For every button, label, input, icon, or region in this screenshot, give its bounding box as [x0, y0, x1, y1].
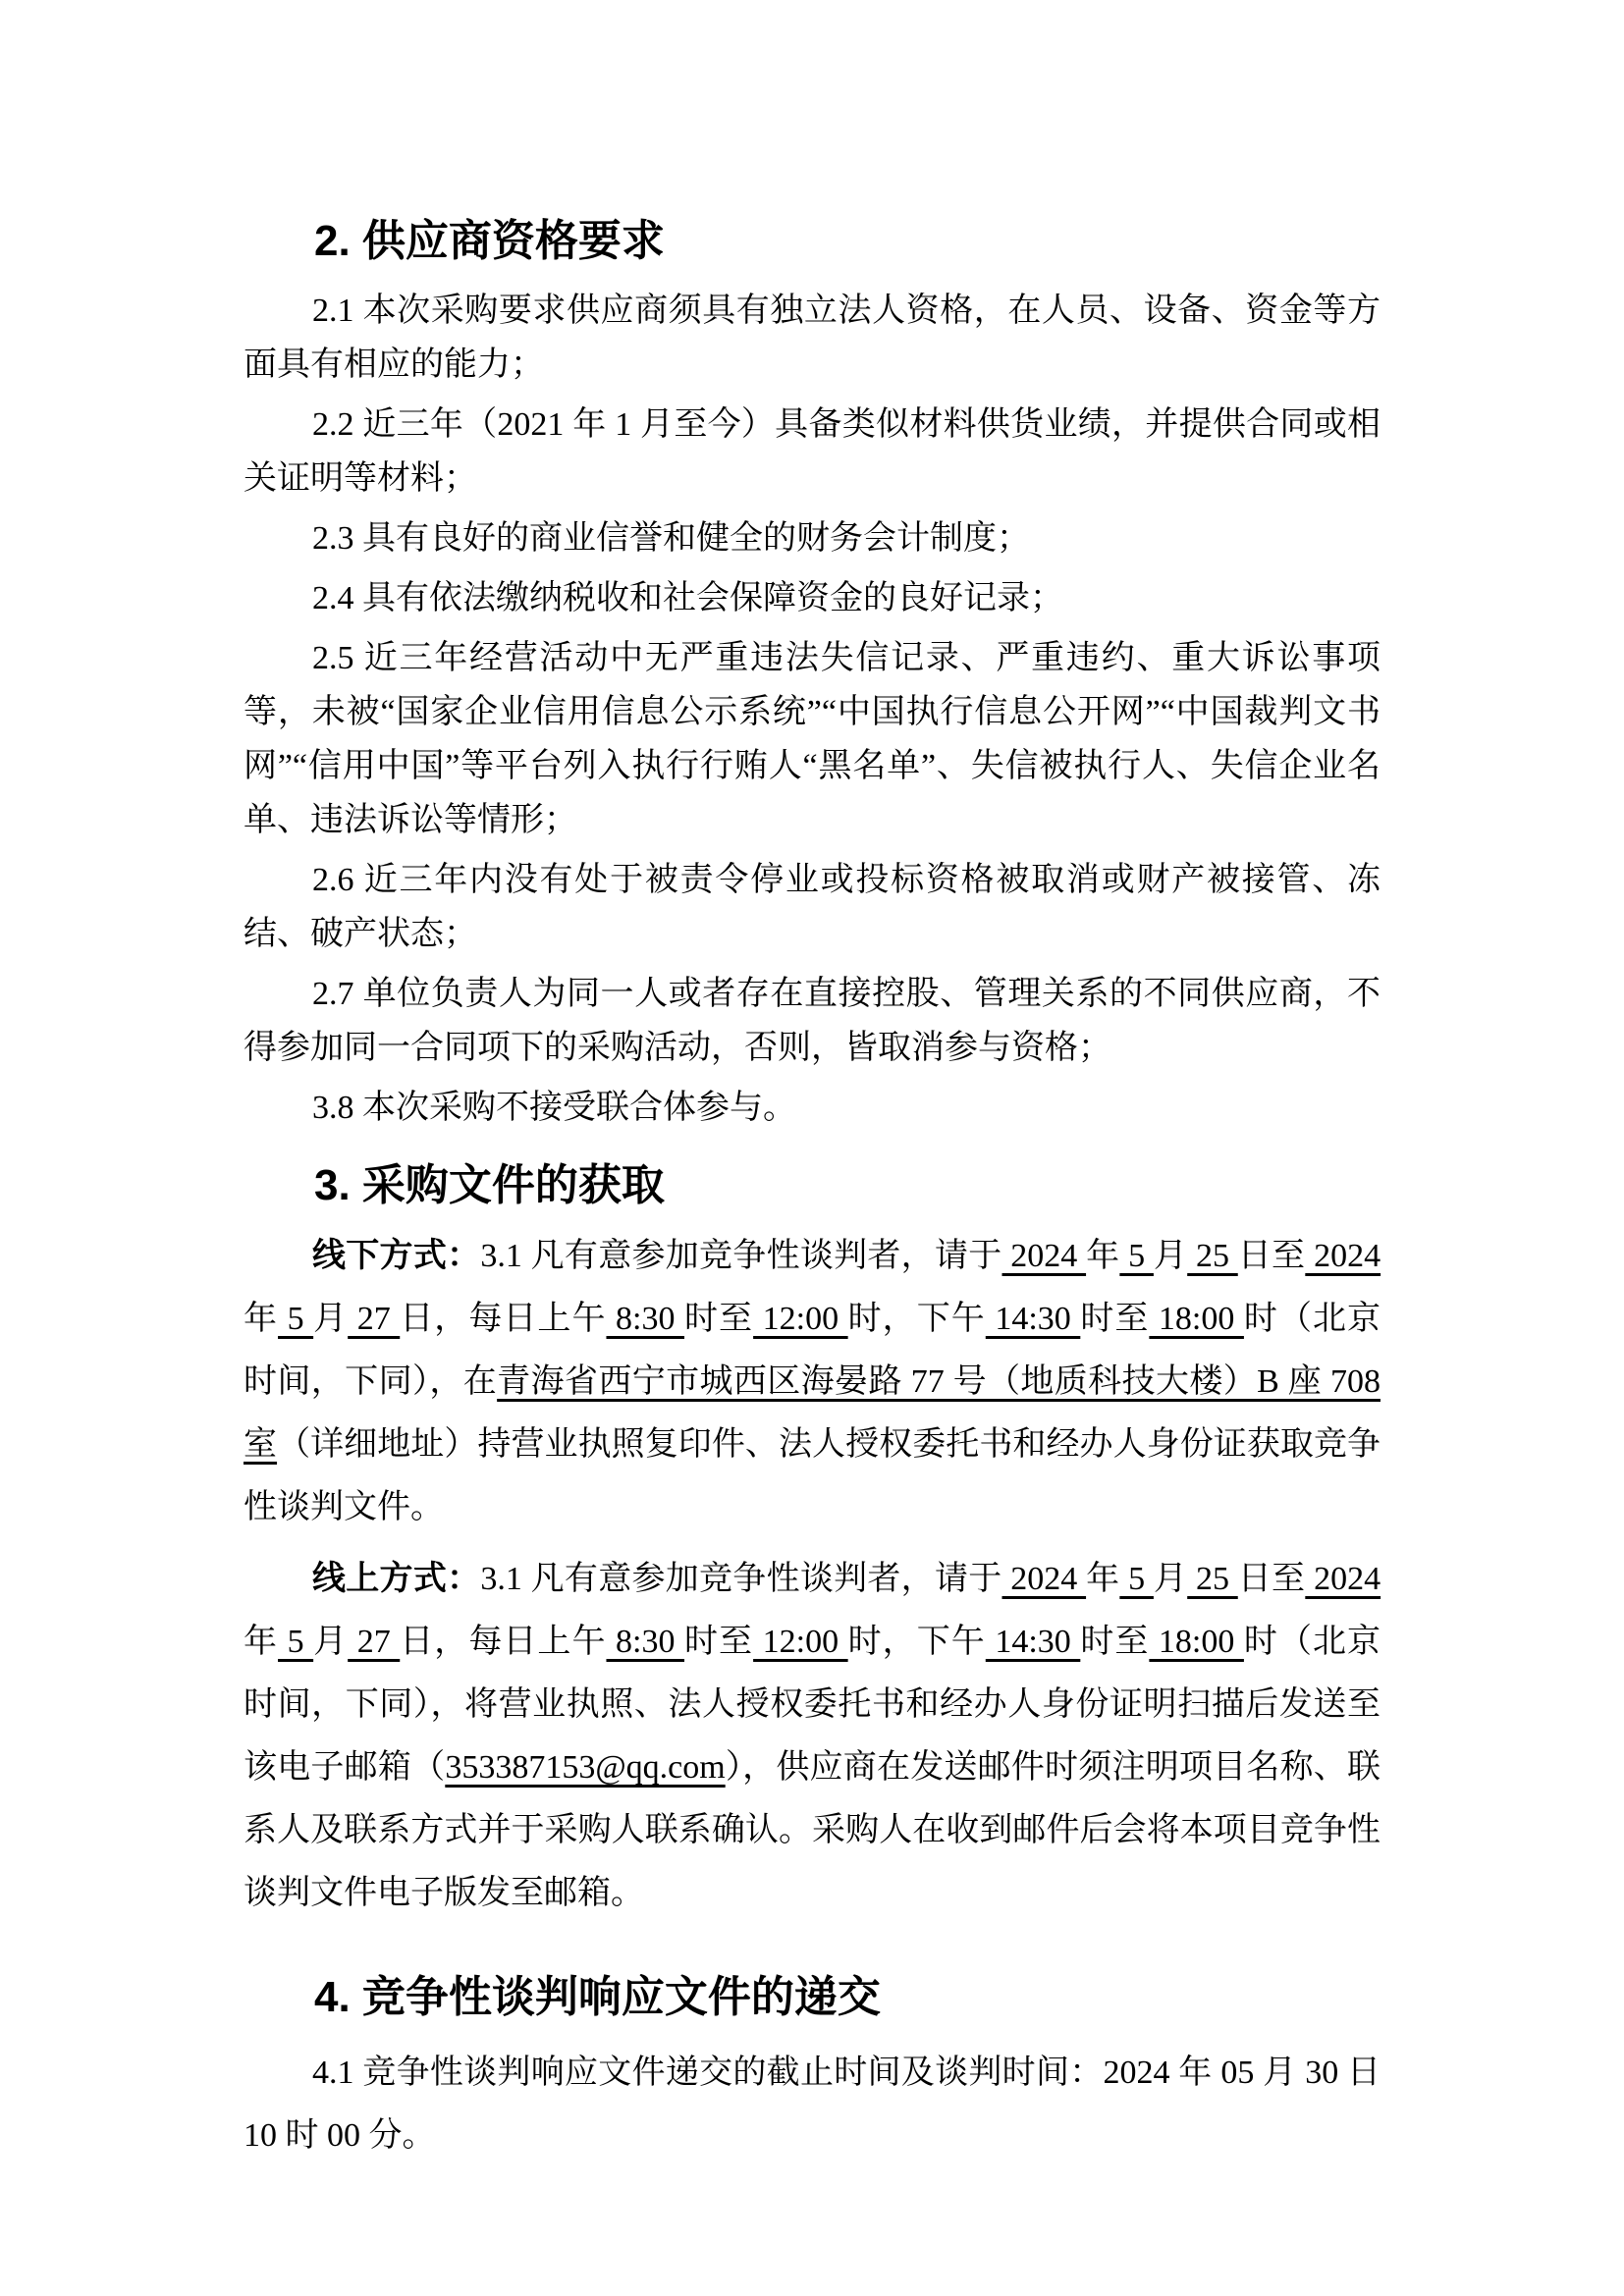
end-month-value: 5 [278, 1301, 313, 1337]
text-segment: 年 [1086, 1238, 1119, 1274]
text-segment: 月 [1154, 1238, 1187, 1274]
text-segment: 3.1 凡有意参加竞争性谈判者，请于 [480, 1238, 1001, 1274]
clause-2-6: 2.6 近三年内没有处于被责令停业或投标资格被取消或财产被接管、冻结、破产状态； [244, 853, 1380, 961]
clause-2-5: 2.5 近三年经营活动中无严重违法失信记录、严重违约、重大诉讼事项等，未被“国家… [244, 631, 1380, 847]
start-day-value: 25 [1187, 1561, 1238, 1597]
clause-2-3: 2.3 具有良好的商业信誉和健全的财务会计制度； [244, 511, 1380, 565]
clause-3-8: 3.8 本次采购不接受联合体参与。 [244, 1081, 1380, 1135]
text-segment: 时至 [684, 1624, 753, 1660]
morning-end-time: 12:00 [753, 1301, 848, 1337]
text-segment: 日至 [1238, 1561, 1306, 1597]
document-content: 2. 供应商资格要求 2.1 本次采购要求供应商须具有独立法人资格，在人员、设备… [244, 214, 1380, 2175]
section-2-heading: 2. 供应商资格要求 [244, 214, 1380, 268]
text-segment: 月 [313, 1301, 348, 1337]
morning-start-time: 8:30 [606, 1624, 684, 1660]
start-year-value: 2024 [1002, 1238, 1087, 1274]
section-3-heading: 3. 采购文件的获取 [244, 1158, 1380, 1212]
morning-start-time: 8:30 [606, 1301, 684, 1337]
text-segment: 日，每日上午 [400, 1624, 606, 1660]
text-segment: 3.1 凡有意参加竞争性谈判者，请于 [480, 1561, 1001, 1597]
section-4-heading: 4. 竞争性谈判响应文件的递交 [244, 1970, 1380, 2024]
end-month-value: 5 [278, 1624, 313, 1660]
text-segment: 时，下午 [848, 1301, 986, 1337]
text-segment: 年 [244, 1624, 278, 1660]
start-year-value: 2024 [1002, 1561, 1087, 1597]
text-segment: 月 [313, 1624, 348, 1660]
end-year-value: 2024 [1305, 1561, 1380, 1597]
online-method-paragraph: 线上方式：3.1 凡有意参加竞争性谈判者，请于 2024 年 5 月 25 日至… [244, 1547, 1380, 1925]
document-page: 2. 供应商资格要求 2.1 本次采购要求供应商须具有独立法人资格，在人员、设备… [0, 0, 1624, 2296]
text-segment: 日至 [1238, 1238, 1306, 1274]
online-method-label: 线上方式： [312, 1560, 480, 1597]
afternoon-end-time: 18:00 [1149, 1624, 1244, 1660]
text-segment: 日，每日上午 [400, 1301, 606, 1337]
start-day-value: 25 [1187, 1238, 1238, 1274]
text-segment: 时，下午 [848, 1624, 986, 1660]
offline-method-label: 线下方式： [312, 1237, 480, 1274]
text-segment: 时至 [1080, 1624, 1149, 1660]
text-segment: 年 [244, 1301, 278, 1337]
clause-2-4: 2.4 具有依法缴纳税收和社会保障资金的良好记录； [244, 571, 1380, 625]
end-day-value: 27 [348, 1301, 400, 1337]
text-segment: 年 [1086, 1561, 1119, 1597]
offline-method-paragraph: 线下方式：3.1 凡有意参加竞争性谈判者，请于 2024 年 5 月 25 日至… [244, 1224, 1380, 1539]
text-segment: （详细地址）持营业执照复印件、法人授权委托书和经办人身份证获取竞争性谈判文件。 [244, 1426, 1380, 1525]
clause-2-2: 2.2 近三年（2021 年 1 月至今）具备类似材料供货业绩，并提供合同或相关… [244, 398, 1380, 506]
text-segment: 时至 [1080, 1301, 1149, 1337]
afternoon-start-time: 14:30 [986, 1301, 1081, 1337]
clause-2-7: 2.7 单位负责人为同一人或者存在直接控股、管理关系的不同供应商，不得参加同一合… [244, 967, 1380, 1075]
start-month-value: 5 [1119, 1561, 1154, 1597]
morning-end-time: 12:00 [753, 1624, 848, 1660]
clause-2-1: 2.1 本次采购要求供应商须具有独立法人资格，在人员、设备、资金等方面具有相应的… [244, 284, 1380, 392]
text-segment: 月 [1154, 1561, 1187, 1597]
email-address: 353387153@qq.com [445, 1749, 725, 1786]
end-year-value: 2024 [1305, 1238, 1380, 1274]
end-day-value: 27 [348, 1624, 400, 1660]
start-month-value: 5 [1119, 1238, 1154, 1274]
afternoon-end-time: 18:00 [1149, 1301, 1244, 1337]
text-segment: 时至 [684, 1301, 753, 1337]
afternoon-start-time: 14:30 [986, 1624, 1081, 1660]
clause-4-1: 4.1 竞争性谈判响应文件递交的截止时间及谈判时间：2024 年 05 月 30… [244, 2042, 1380, 2167]
